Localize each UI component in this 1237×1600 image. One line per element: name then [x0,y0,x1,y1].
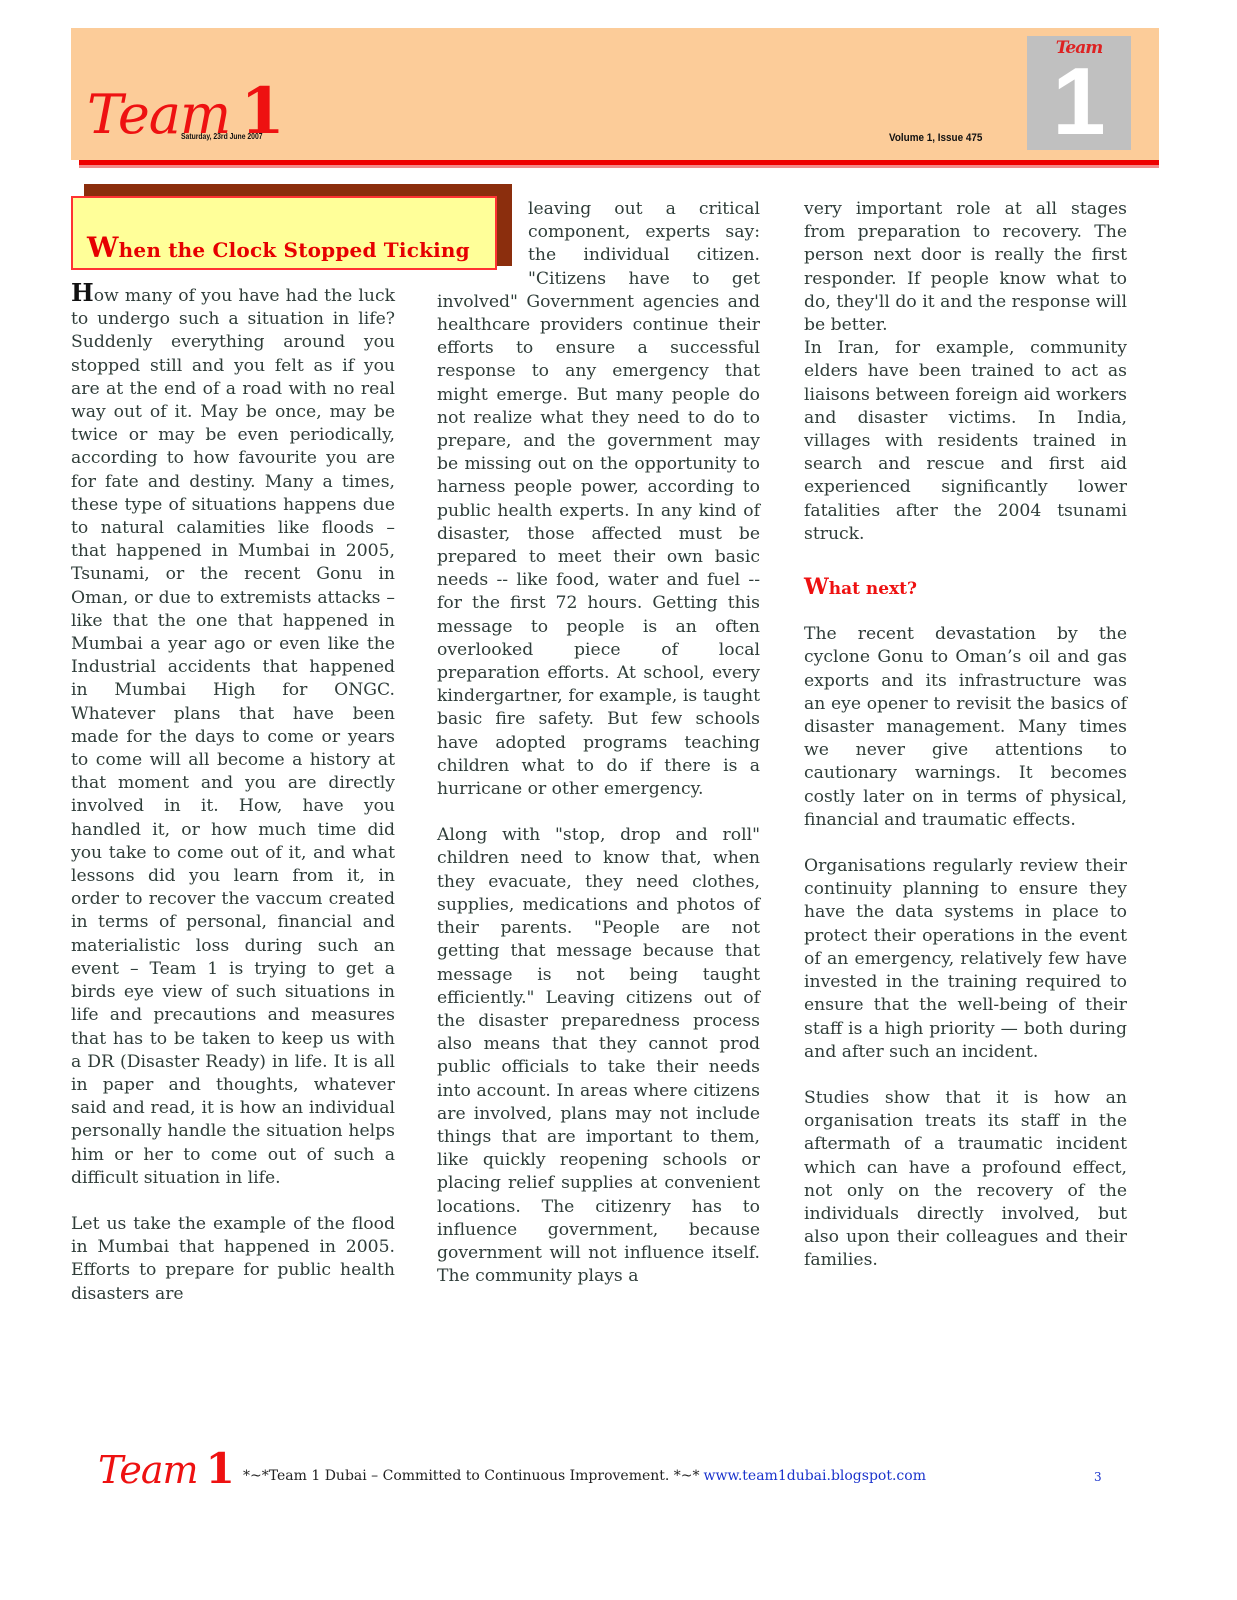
paragraph: In Iran, for example, community elders h… [804,337,1127,546]
team1-badge-icon: Team 1 [1027,36,1131,150]
page-footer: Team1 *~*Team 1 Dubai – Committed to Con… [98,1440,1118,1500]
drop-cap: H [71,278,94,307]
article-column-3: very important role at all stages from p… [804,198,1127,1273]
paragraph: The recent devastation by the cyclone Go… [804,623,1127,832]
masthead-rule-secondary [79,165,1159,168]
masthead: Team1 Saturday, 23rd June 2007 Volume 1,… [71,28,1159,160]
footer-logo: Team1 [98,1444,235,1493]
footer-tagline: *~*Team 1 Dubai – Committed to Continuou… [243,1468,926,1484]
paragraph: Let us take the example of the flood in … [71,1213,395,1306]
article-title: When the Clock Stopped Ticking [87,231,470,264]
volume-issue: Volume 1, Issue 475 [889,132,982,144]
paragraph: Studies show that it is how an organisat… [804,1087,1127,1273]
paragraph: Along with "stop, drop and roll" childre… [437,824,760,1288]
article-column-2: leaving out a critical component, expert… [437,198,760,1288]
issue-date: Saturday, 23rd June 2007 [181,132,263,141]
paragraph: Organisations regularly review their con… [804,855,1127,1064]
section-heading-what-next: What next? [804,576,1127,601]
article-title-box: When the Clock Stopped Ticking [71,196,497,270]
article-column-1: How many of you have had the luck to und… [71,281,395,1306]
blog-link[interactable]: www.team1dubai.blogspot.com [704,1468,926,1484]
paragraph: very important role at all stages from p… [804,198,1127,337]
badge-number: 1 [1027,52,1131,152]
paragraph: How many of you have had the luck to und… [71,281,395,1190]
page-number: 3 [1094,1470,1102,1484]
